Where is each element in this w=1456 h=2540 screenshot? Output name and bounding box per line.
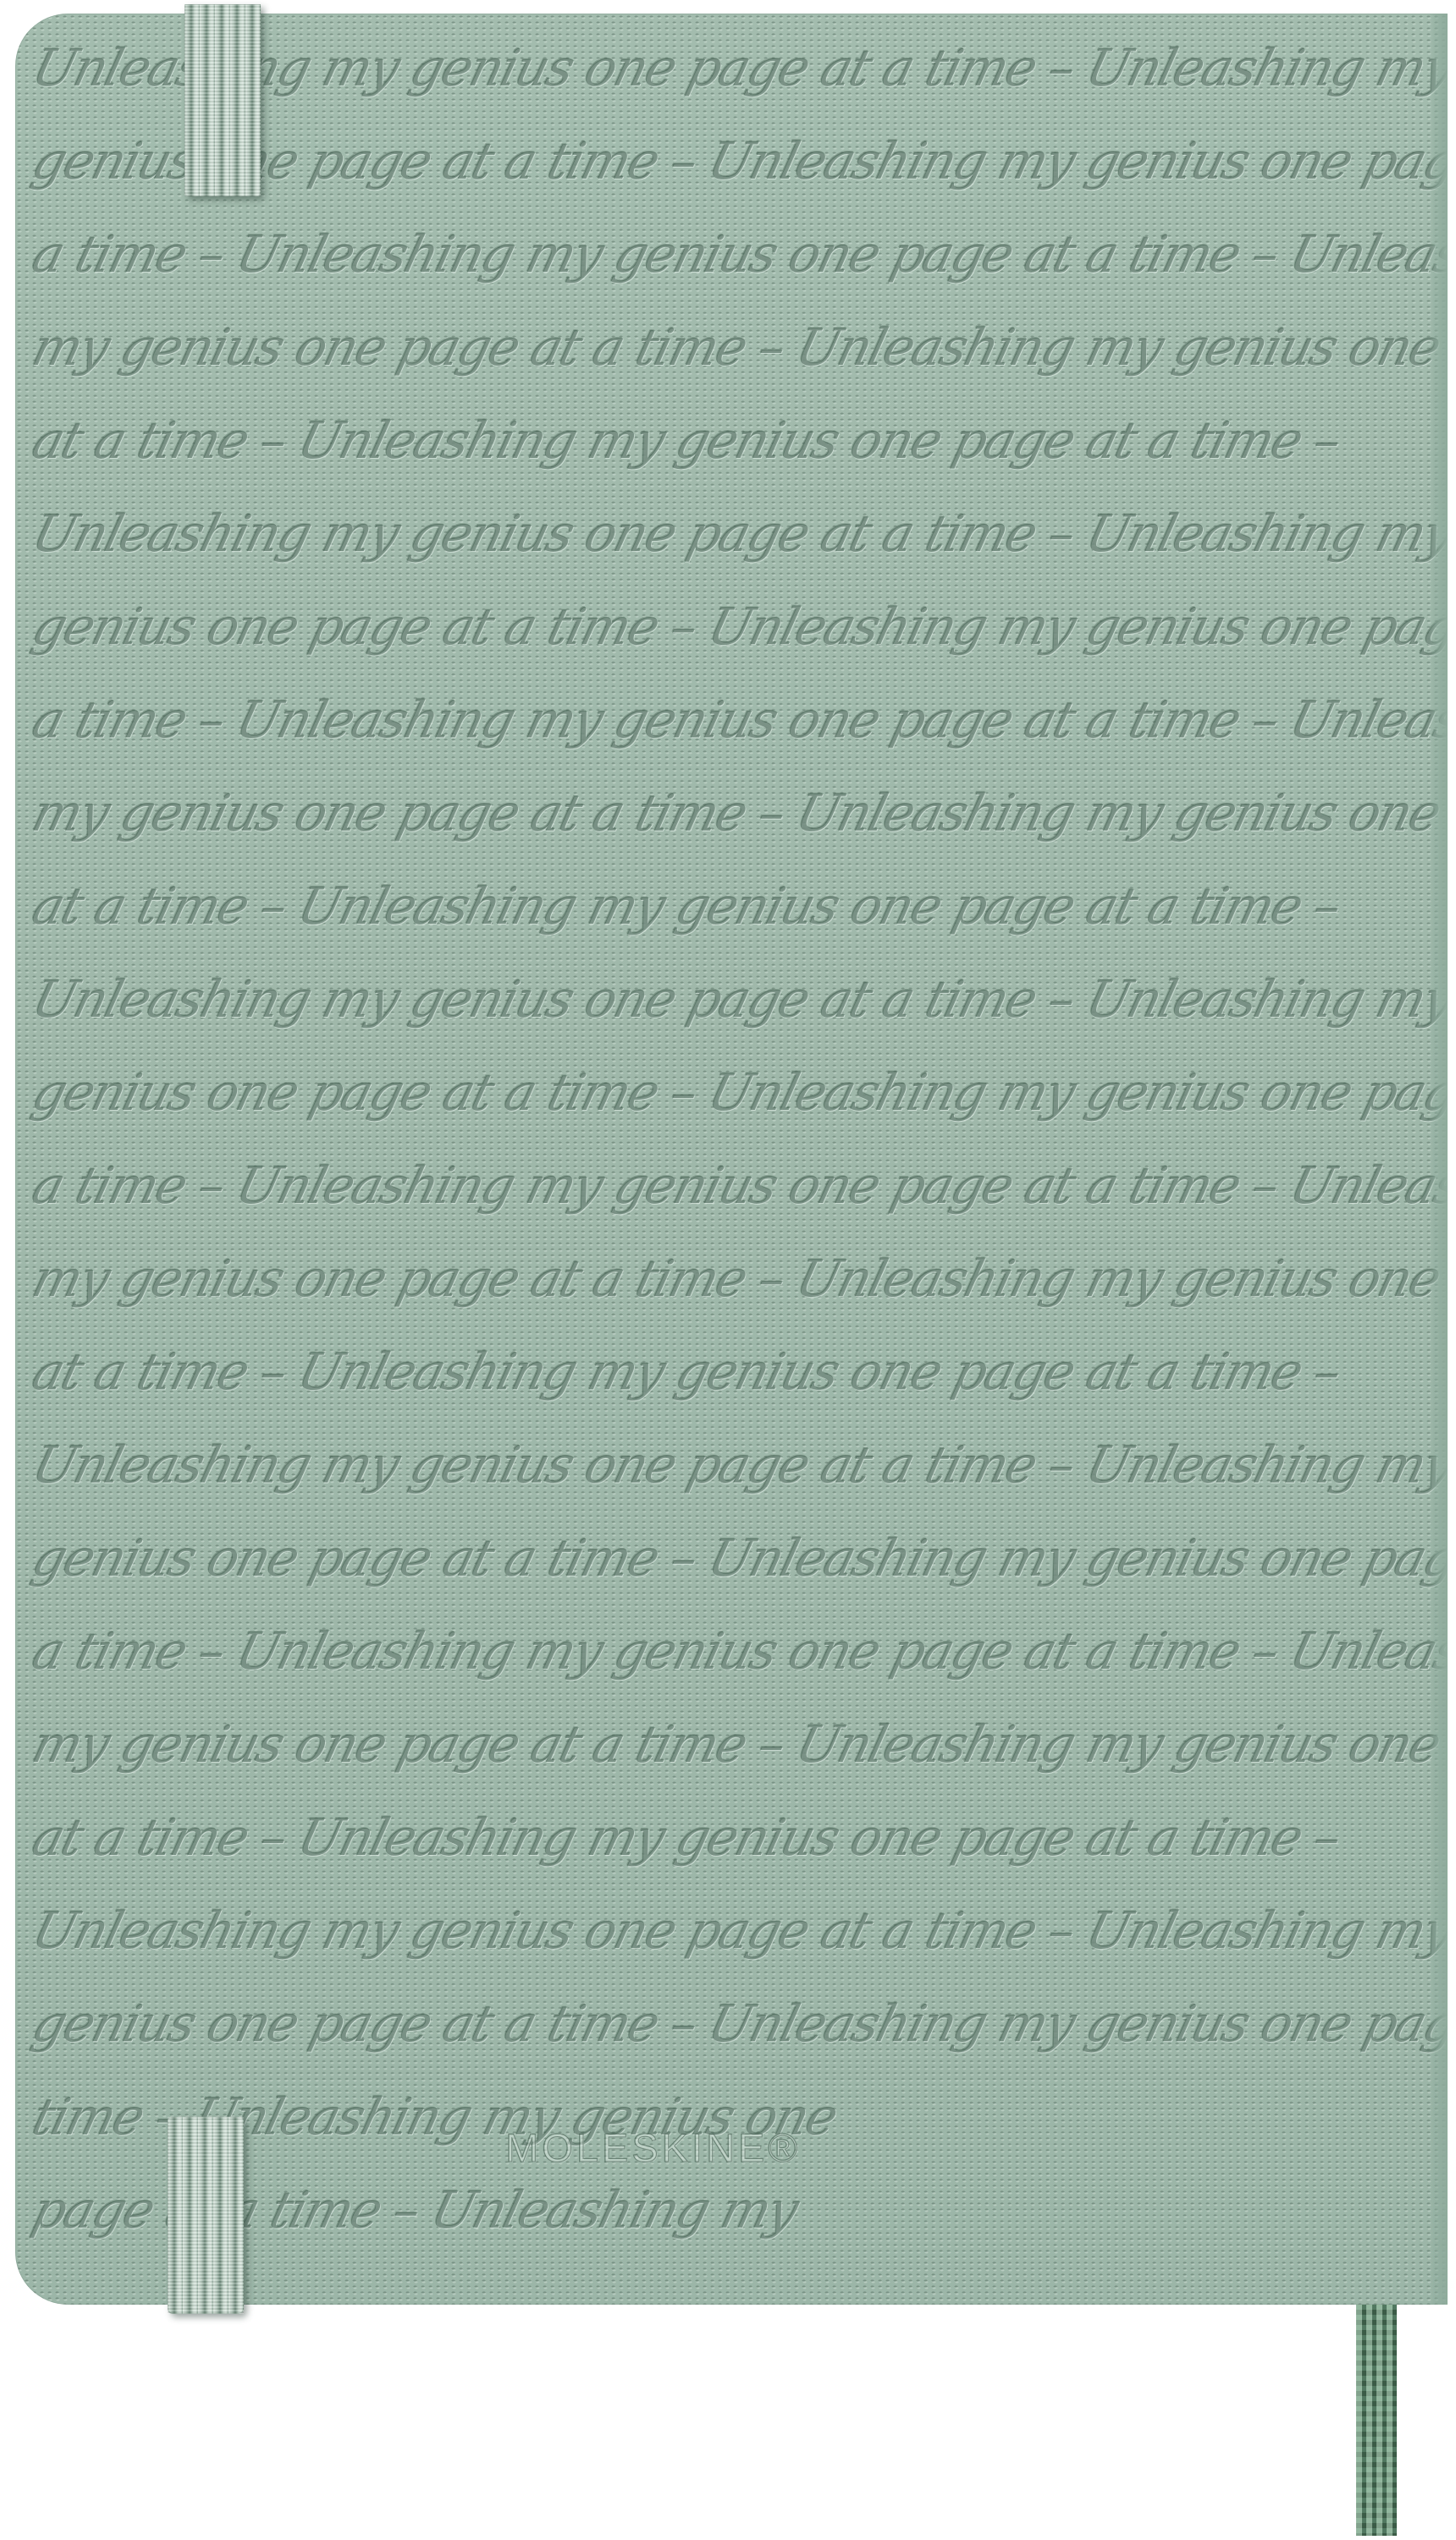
elastic-closure-band-bottom[interactable] [168, 2117, 244, 2314]
embossed-line: my genius one page at a time – Unleashin… [26, 784, 1448, 843]
embossed-line: a time – Unleashing my genius one page a… [26, 1157, 1448, 1216]
embossed-line: a time – Unleashing my genius one page a… [26, 1622, 1448, 1681]
notebook-back-cover: Unleashing my genius one page at a time … [15, 14, 1448, 2305]
embossed-line: genius one page at a time – Unleashing m… [26, 1529, 1448, 1588]
embossed-line: my genius one page at a time – Unleashin… [26, 1715, 1446, 1775]
embossed-line: at a time – Unleashing my genius one pag… [26, 411, 1346, 471]
embossed-line: Unleashing my genius one page at a time … [26, 505, 1448, 564]
embossed-line: at a time – Unleashing my genius one pag… [26, 1808, 1346, 1868]
spine-edge [1429, 14, 1448, 2305]
embossed-line: at a time – Unleashing my genius one pag… [26, 1343, 1346, 1402]
brand-logo: MOLESKINE® [505, 2124, 801, 2171]
embossed-line: at a time – Unleashing my genius one pag… [26, 877, 1346, 936]
embossed-line: page at a time – Unleashing my [26, 2181, 802, 2240]
bookmark-ribbon[interactable] [1356, 2305, 1397, 2536]
embossed-script-pattern: Unleashing my genius one page at a time … [15, 14, 1448, 2305]
embossed-line: Unleashing my genius one page at a time … [26, 970, 1448, 1030]
embossed-line: my genius one page at a time – Unleashin… [26, 318, 1446, 378]
embossed-line: genius one page at a time – Unleashing m… [26, 598, 1448, 657]
embossed-line: my genius one page at a time – Unleashin… [26, 1250, 1448, 1309]
embossed-line: Unleashing my genius one page at a time … [26, 1436, 1448, 1495]
embossed-line: Unleashing my genius one page at a time … [26, 1902, 1448, 1961]
embossed-line: genius one page at a time – Unleashing m… [26, 1063, 1448, 1123]
embossed-line: genius one page at a time – Unleashing m… [26, 1995, 1448, 2054]
elastic-closure-band-top[interactable] [185, 4, 261, 196]
embossed-line: a time – Unleashing my genius one page a… [26, 691, 1448, 750]
embossed-line: a time – Unleashing my genius one page a… [26, 225, 1448, 284]
